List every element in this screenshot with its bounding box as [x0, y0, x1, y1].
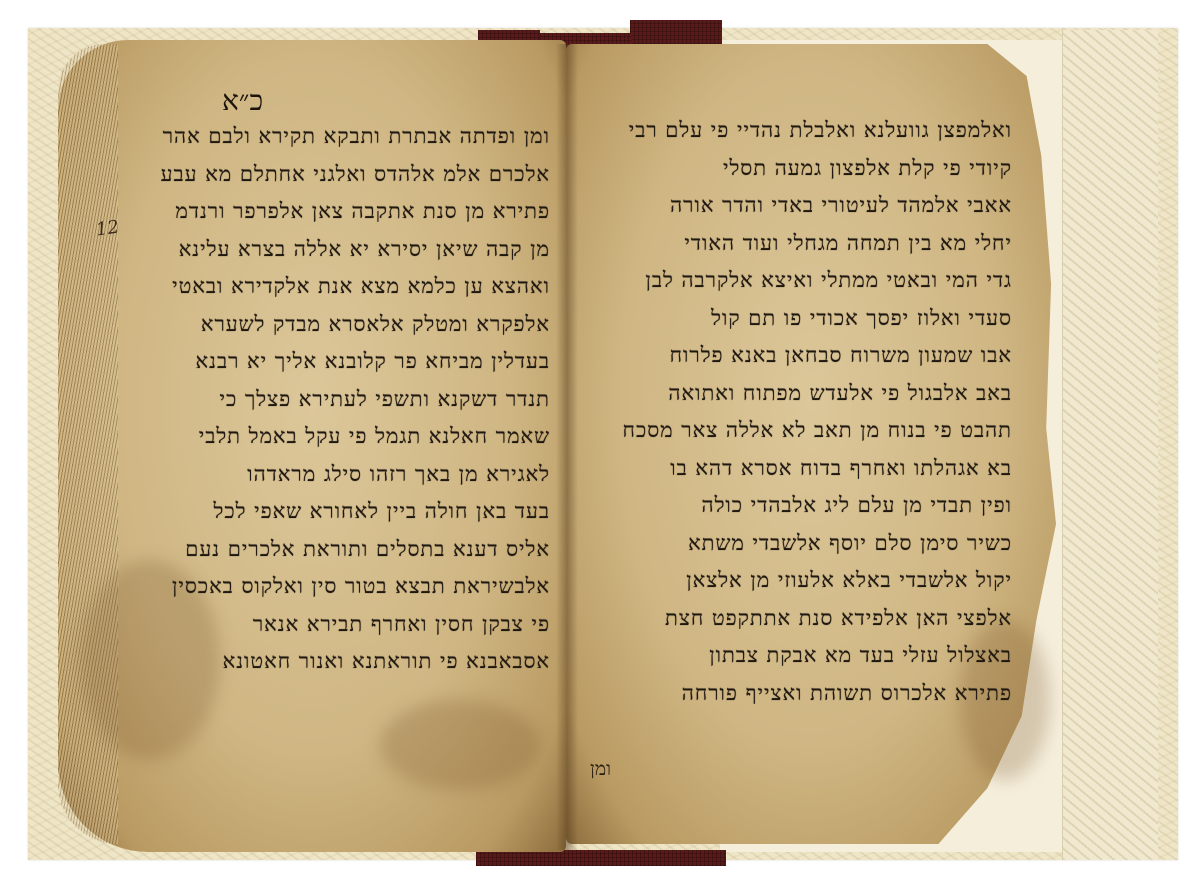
text-line: אלפקרא ומטלק אלאסרא מבדק לשערא: [130, 306, 550, 344]
text-line: אבו שמעון משרוח סבחאן באנא פלרוח: [572, 337, 1012, 375]
text-line: ואהצא ען כלמא מצא אנת אלקדירא ובאטי: [130, 268, 550, 306]
text-line: ומן ופדתה אבתרת ותבקא תקירא ולבם אהר: [130, 118, 550, 156]
text-line: בא אגהלתו ואחרף בדוח אסרא דהא בו: [572, 450, 1012, 488]
text-line: ופין תבדי מן עלם ליג אלבהדי כולה: [572, 487, 1012, 525]
text-line: באב אלבגול פי אלעדש מפתוח ואתואה: [572, 375, 1012, 413]
text-line: לאגירא מן באך רזהו סילג מראדהו: [130, 456, 550, 494]
text-line: בעד באן חולה ביין לאחורא שאפי לכל: [130, 493, 550, 531]
text-line: פי צבקן חסין ואחרף תבירא אנאר: [130, 606, 550, 644]
text-line: גדי המי ובאטי ממתלי ואיצא אלקרבה לבן: [572, 262, 1012, 300]
catchword: ומן: [590, 758, 611, 781]
text-line: אסבאבנא פי תוראתנא ואנור חאטונא: [130, 643, 550, 681]
folio-number: כ״א: [222, 84, 263, 118]
right-page-text: ואלמפצן גוועלנא ואלבלת נהדיי פי עלם רבי …: [572, 112, 1012, 712]
text-line: בעדלין מביחא פר קלובנא אליך יא רבנא: [130, 343, 550, 381]
text-line: אלבשיראת תבצא בטור סין ואלקוס באכסין: [130, 568, 550, 606]
margin-note: 12: [95, 217, 121, 241]
text-line: יקול אלשבדי באלא אלעוזי מן אלצאן: [572, 562, 1012, 600]
text-line: פתירא אלכרוס תשוהת ואצייף פורחה: [572, 675, 1012, 713]
text-line: קיודי פי קלת אלפצון גמעה תסלי: [572, 150, 1012, 188]
text-line: יחלי מא בין תמחה מגחלי ועוד האודי: [572, 225, 1012, 263]
text-line: תנדר דשקנא ותשפי לעתירא פצלך כי: [130, 381, 550, 419]
cover-flap: [1062, 30, 1158, 860]
text-line: פתירא מן סנת אתקבה צאן אלפרפר ורנדמ: [130, 193, 550, 231]
binding-strap-bottom: [476, 850, 726, 866]
text-line: אלכרם אלמ אלהדס ואלגני אחתלם מא עבע: [130, 156, 550, 194]
text-line: סעדי ואלוז יפסך אכודי פו תם קול: [572, 300, 1012, 338]
binding-strap-top-right: [630, 20, 722, 48]
text-line: ואלמפצן גוועלנא ואלבלת נהדיי פי עלם רבי: [572, 112, 1012, 150]
text-line: באצלול עזלי בעד מא אבקת צבתון: [572, 637, 1012, 675]
stain: [380, 700, 540, 790]
left-page-text: ומן ופדתה אבתרת ותבקא תקירא ולבם אהר אלכ…: [130, 118, 550, 681]
text-line: שאמר חאלנא תגמל פי עקל באמל תלבי: [130, 418, 550, 456]
text-line: אלפצי האן אלפידא סנת אתתקפט חצת: [572, 600, 1012, 638]
text-line: תהבט פי בנוח מן תאב לא אללה צאר מסכח: [572, 412, 1012, 450]
text-line: אליס דענא בתסלים ותוראת אלכרים נעם: [130, 531, 550, 569]
text-line: אאבי אלמהד לעיטורי באדי והדר אורה: [572, 187, 1012, 225]
text-line: מן קבה שיאן יסירא יא אללה בצרא עלינא: [130, 231, 550, 269]
text-line: כשיר סימן סלם יוסף אלשבדי משתא: [572, 525, 1012, 563]
